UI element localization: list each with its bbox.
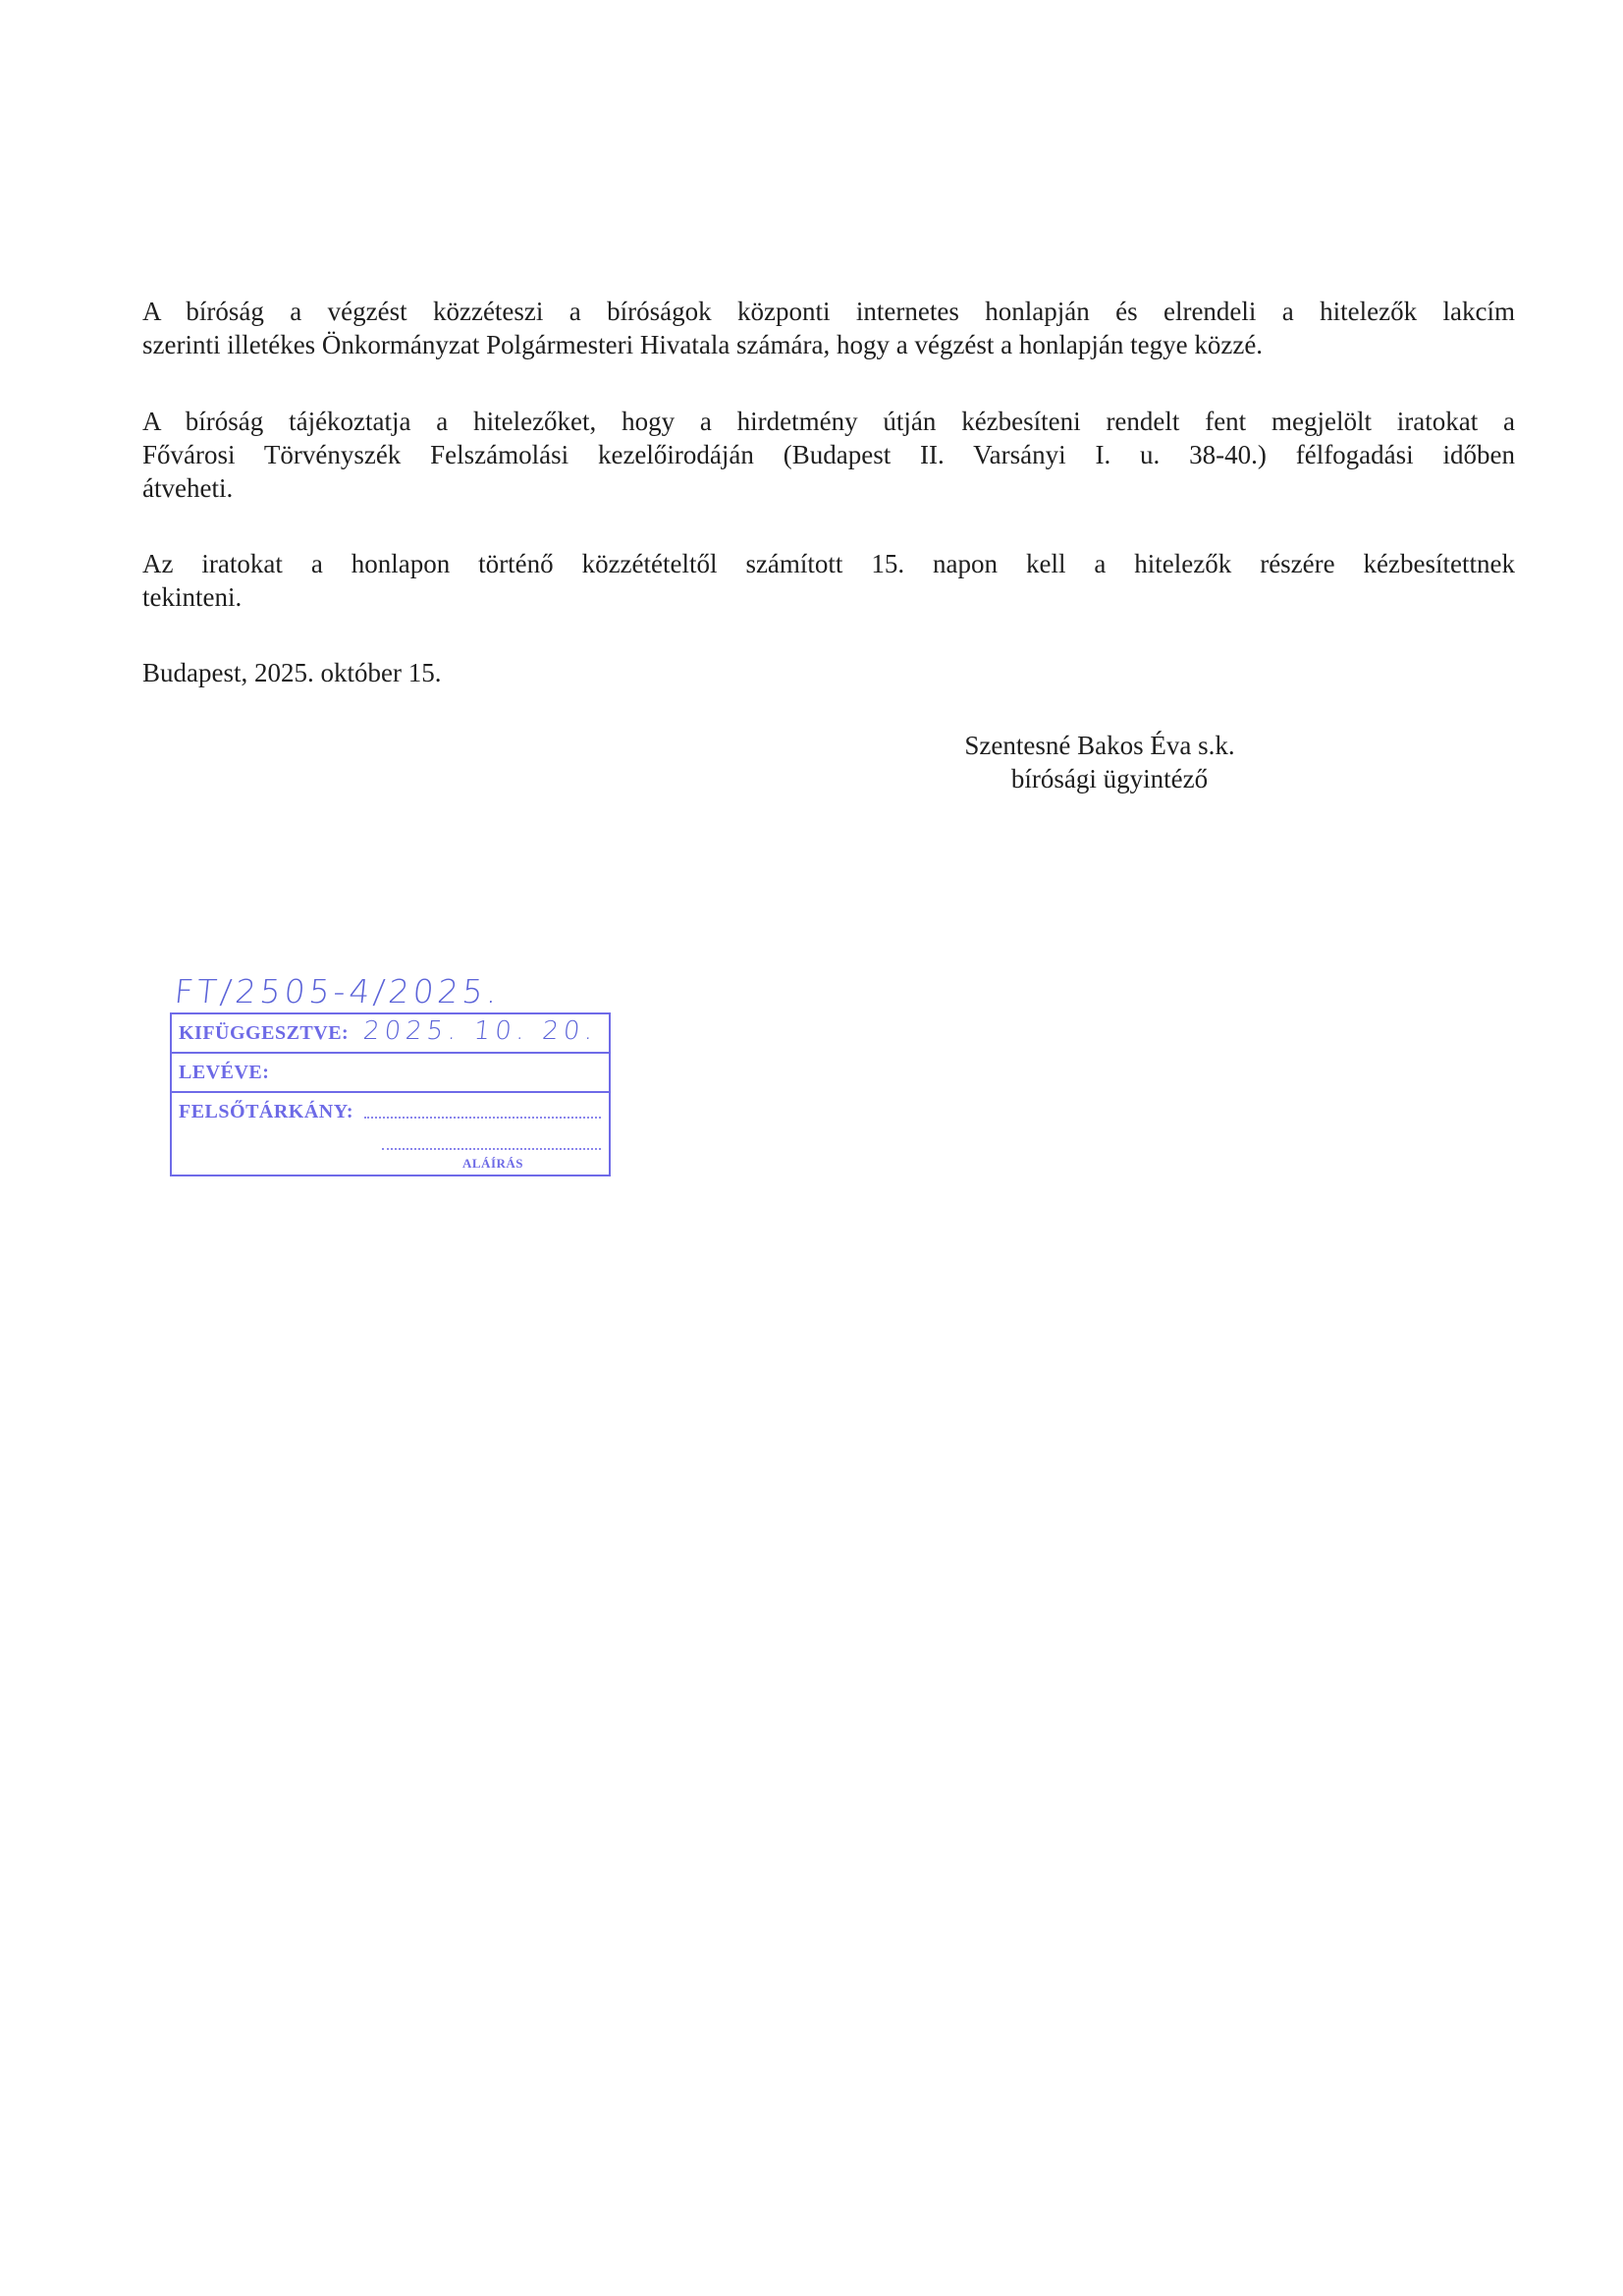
signature-label: ALÁÍRÁS (462, 1156, 523, 1172)
paragraph-line: Fővárosi Törvényszék Felszámolási kezelő… (142, 438, 1515, 471)
paragraph-notice: A bíróság tájékoztatja a hitelezőket, ho… (142, 405, 1515, 505)
stamp-row-posted: KIFÜGGESZTVE: 2025. 10. 20. (172, 1014, 609, 1054)
posted-label: KIFÜGGESZTVE: (179, 1022, 349, 1045)
signature-dotted-line (382, 1148, 601, 1150)
location-label: FELSŐTÁRKÁNY: (179, 1101, 353, 1123)
document-page: A bíróság a végzést közzéteszi a bíróság… (0, 0, 1623, 2296)
paragraph-publication: A bíróság a végzést közzéteszi a bíróság… (142, 295, 1515, 361)
posted-date-handwritten: 2025. 10. 20. (361, 1016, 599, 1046)
paragraph-line: tekinteni. (142, 580, 1515, 614)
paragraph-line: A bíróság tájékoztatja a hitelezőket, ho… (142, 405, 1515, 438)
paragraph-line: Az iratokat a honlapon történő közzététe… (142, 547, 1515, 580)
posting-stamp: KIFÜGGESZTVE: 2025. 10. 20. LEVÉVE: FELS… (170, 1012, 611, 1176)
removed-label: LEVÉVE: (179, 1062, 269, 1084)
signatory-name: Szentesné Bakos Éva s.k. (933, 729, 1267, 762)
location-dotted-line (364, 1117, 601, 1119)
paragraph-line: A bíróság a végzést közzéteszi a bíróság… (142, 295, 1515, 328)
paragraph-line: átveheti. (142, 471, 1515, 505)
handwritten-case-number: FT/2505-4/2025. (173, 972, 503, 1011)
signatory-role: bírósági ügyintéző (933, 762, 1267, 795)
stamp-row-removed: LEVÉVE: (172, 1054, 609, 1093)
paragraph-line: szerinti illetékes Önkormányzat Polgárme… (142, 328, 1515, 361)
date-line: Budapest, 2025. október 15. (142, 656, 1515, 689)
paragraph-delivery: Az iratokat a honlapon történő közzététe… (142, 547, 1515, 614)
date-text: Budapest, 2025. október 15. (142, 656, 1515, 689)
signature-block: Szentesné Bakos Éva s.k. bírósági ügyint… (933, 729, 1267, 795)
stamp-row-location: FELSŐTÁRKÁNY: ALÁÍRÁS (172, 1093, 609, 1175)
